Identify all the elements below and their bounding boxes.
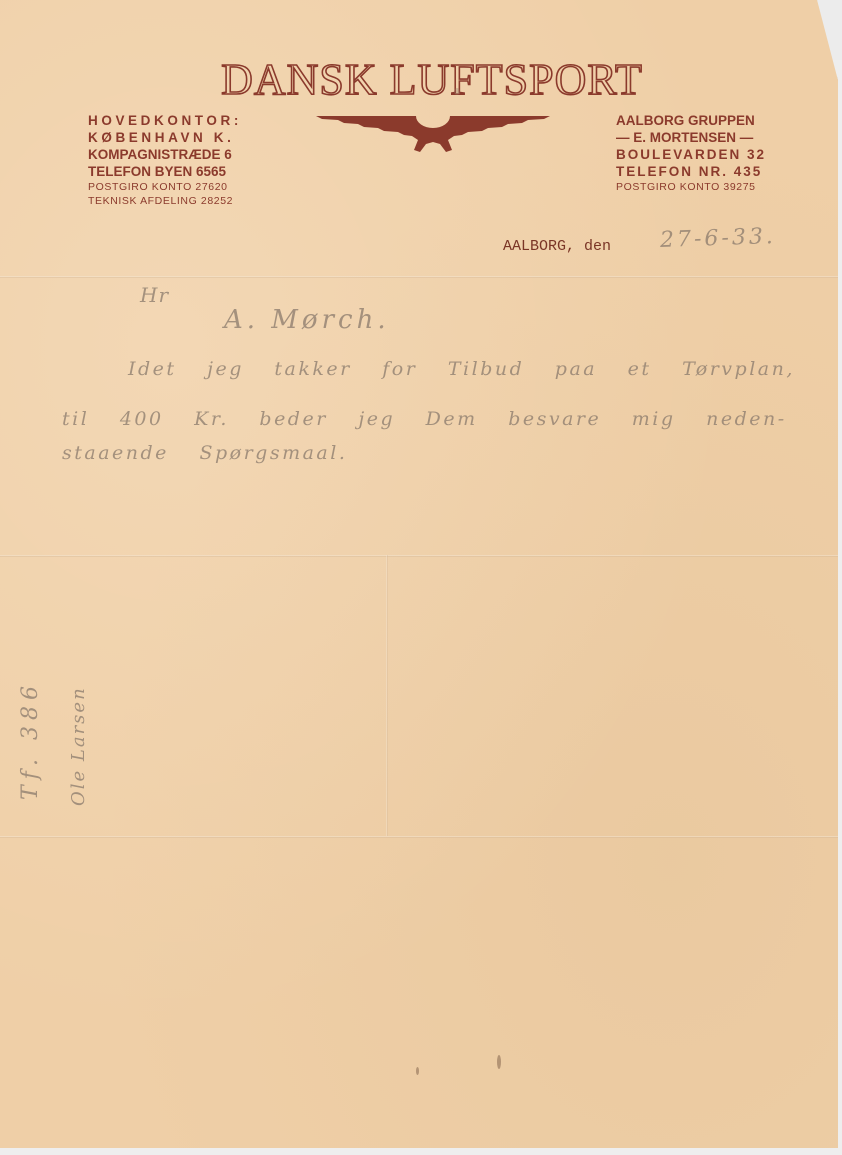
margin-note-phone: Tf. 386 (18, 680, 43, 800)
head-office-technical: TEKNISK AFDELING 28252 (88, 194, 242, 208)
fold-crease (0, 555, 838, 557)
fold-crease (386, 555, 388, 836)
branch-contact: — E. MORTENSEN — (616, 129, 766, 146)
dateline-place: AALBORG, den (503, 238, 611, 255)
branch-street: BOULEVARDEN 32 (616, 146, 766, 163)
head-office-postgiro: POSTGIRO KONTO 27620 (88, 180, 242, 194)
head-office-city: KØBENHAVN K. (88, 129, 242, 146)
branch-postgiro: POSTGIRO KONTO 39275 (616, 180, 766, 194)
letterhead-title: DANSK LUFTSPORT (187, 56, 677, 104)
fold-crease (0, 836, 838, 838)
recipient-name: A. Mørch. (224, 305, 390, 335)
head-office-label: HOVEDKONTOR: (88, 112, 242, 129)
letter-paper: DANSK LUFTSPORT HOVEDKONTOR: KØBENHAVN K… (0, 0, 838, 1148)
paper-stain (497, 1055, 501, 1069)
margin-note-name: Ole Larsen (68, 686, 89, 806)
letter-body-line: Idet jeg takker for Tilbud paa et Tørvpl… (128, 358, 795, 380)
letter-body-line: til 400 Kr. beder jeg Dem besvare mig ne… (62, 408, 787, 430)
branch-phone: TELEFON NR. 435 (616, 163, 766, 180)
branch-address: AALBORG GRUPPEN — E. MORTENSEN — BOULEVA… (616, 112, 766, 194)
salutation-prefix: Hr (140, 283, 169, 307)
letter-body-line: staaende Spørgsmaal. (62, 442, 347, 464)
fold-crease (0, 276, 838, 278)
head-office-phone: TELEFON BYEN 6565 (88, 163, 242, 180)
head-office-street: KOMPAGNISTRÆDE 6 (88, 146, 242, 163)
winged-emblem-icon (316, 112, 550, 154)
branch-group: AALBORG GRUPPEN (616, 112, 766, 129)
paper-stain (454, 88, 460, 95)
head-office-address: HOVEDKONTOR: KØBENHAVN K. KOMPAGNISTRÆDE… (88, 112, 242, 208)
dateline-date: 27-6-33. (660, 224, 777, 253)
paper-stain (416, 1067, 419, 1075)
